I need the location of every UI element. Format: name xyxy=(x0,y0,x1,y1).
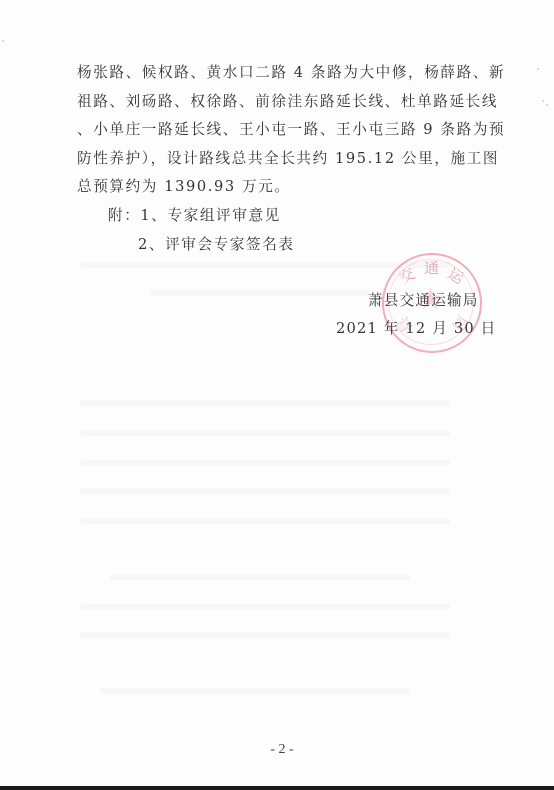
attachments-line: 附：1、专家组评审意见 xyxy=(108,207,281,225)
bleed-through-text xyxy=(80,262,450,268)
bleed-through-text xyxy=(80,430,450,436)
bleed-through-text xyxy=(80,488,450,494)
issue-date: 2021 年 12 月 30 日 xyxy=(336,320,496,338)
body-text-line: 总预算约为 1390.93 万元。 xyxy=(77,178,291,196)
body-text-line: 杨张路、候权路、黄水口二路 4 条路为大中修，杨薛路、新 xyxy=(77,64,449,82)
scan-speck xyxy=(542,100,544,102)
scan-speck xyxy=(2,40,4,42)
bleed-through-text xyxy=(80,460,450,466)
bleed-through-text xyxy=(80,518,450,524)
body-text-line: 祖路、刘砀路、权徐路、前徐洼东路延长线、杜单路延长线 xyxy=(77,93,449,111)
attachment-item: 1、专家组评审意见 xyxy=(140,207,280,224)
bleed-through-text xyxy=(110,574,410,580)
bleed-through-text xyxy=(80,604,450,610)
document-page: 杨张路、候权路、黄水口二路 4 条路为大中修，杨薛路、新 祖路、刘砀路、权徐路、… xyxy=(0,0,554,786)
attachments-prefix: 附： xyxy=(108,207,140,224)
seal-character: 通 xyxy=(424,261,439,276)
scan-speck xyxy=(537,68,539,70)
body-text-line: 防性养护），设计路线总共全长共约 195.12 公里，施工图 xyxy=(77,150,449,168)
issuing-organization: 萧县交通运输局 xyxy=(368,292,479,310)
bleed-through-text xyxy=(80,400,450,406)
attachment-item: 2、评审会专家签名表 xyxy=(138,236,295,254)
bleed-through-text xyxy=(150,290,370,296)
page-number: - 2 - xyxy=(262,742,302,758)
bleed-through-text xyxy=(100,688,410,694)
body-text-line: 、小单庄一路延长线、王小屯一路、王小屯三路 9 条路为预 xyxy=(77,121,449,139)
scan-speck xyxy=(546,104,548,106)
bleed-through-text xyxy=(80,632,450,638)
scan-bottom-edge xyxy=(0,786,554,790)
